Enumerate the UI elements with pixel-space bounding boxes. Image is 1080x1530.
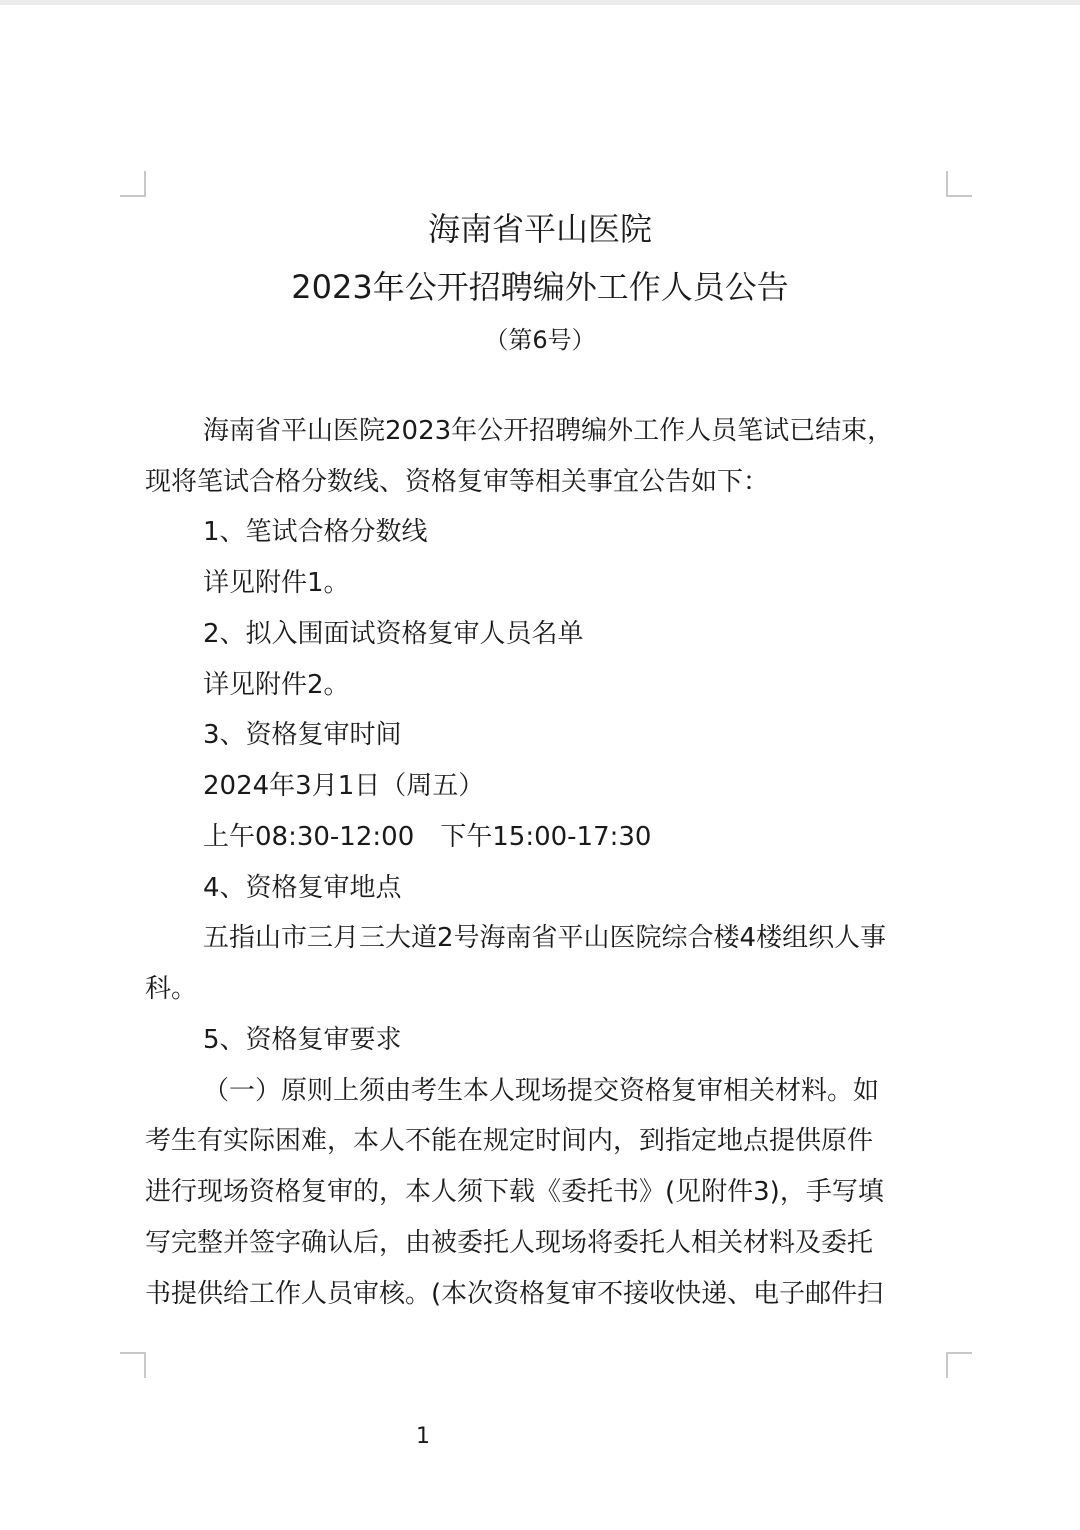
intro-paragraph-line-2: 现将笔试合格分数线、资格复审等相关事宜公告如下：: [145, 465, 769, 499]
section-2-body: 详见附件2。: [203, 668, 350, 702]
section-5-item-1-line-2: 考生有实际困难，本人不能在规定时间内，到指定地点提供原件: [145, 1124, 873, 1158]
viewer-top-bar: [0, 0, 1080, 5]
section-4-address-line-1: 五指山市三月三大道2号海南省平山医院综合楼4楼组织人事: [203, 921, 886, 955]
section-3-hours: 上午08:30-12:00 下午15:00-17:30: [203, 820, 651, 854]
section-3-heading: 3、资格复审时间: [203, 718, 402, 752]
section-4-address-line-2: 科。: [145, 972, 197, 1006]
section-1-body: 详见附件1。: [203, 566, 350, 600]
section-5-item-1-line-4: 写完整并签字确认后，由被委托人现场将委托人相关材料及委托: [145, 1226, 873, 1260]
intro-paragraph-line-1: 海南省平山医院2023年公开招聘编外工作人员笔试已结束，: [203, 414, 893, 448]
section-2-heading: 2、拟入围面试资格复审人员名单: [203, 617, 584, 651]
section-5-item-1-line-1: （一）原则上须由考生本人现场提交资格复审相关材料。如: [203, 1074, 879, 1108]
margin-corner-top-left: [120, 171, 146, 197]
document-title-org: 海南省平山医院: [0, 204, 1080, 250]
section-5-item-1-line-3: 进行现场资格复审的，本人须下载《委托书》(见附件3)，手写填: [145, 1175, 884, 1209]
margin-corner-bottom-left: [120, 1352, 146, 1378]
margin-corner-bottom-right: [946, 1352, 972, 1378]
section-3-date: 2024年3月1日（周五）: [203, 769, 484, 803]
document-title-main: 2023年公开招聘编外工作人员公告: [0, 262, 1080, 308]
section-5-heading: 5、资格复审要求: [203, 1023, 402, 1057]
section-1-heading: 1、笔试合格分数线: [203, 515, 428, 549]
margin-corner-top-right: [946, 171, 972, 197]
section-4-heading: 4、资格复审地点: [203, 871, 402, 905]
page-number: 1: [416, 1424, 430, 1449]
section-5-item-1-line-5: 书提供给工作人员审核。(本次资格复审不接收快递、电子邮件扫: [145, 1277, 883, 1311]
document-number: （第6号）: [0, 320, 1080, 355]
